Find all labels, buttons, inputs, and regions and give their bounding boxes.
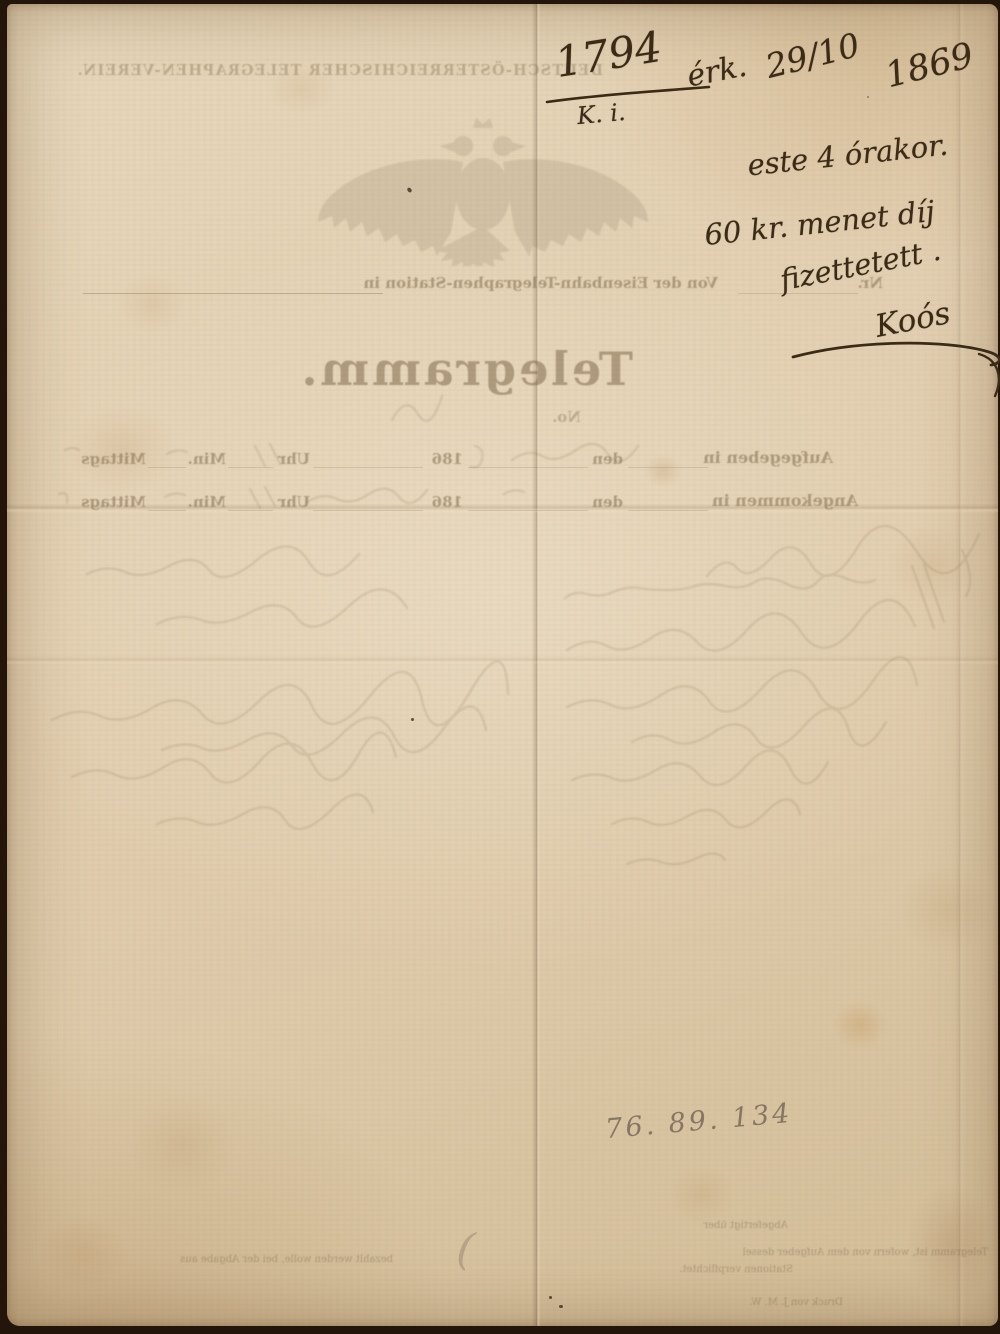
- ink-strokes: [7, 4, 1000, 1326]
- photo-background: DEUTSCH-ÖSTERREICHISCHER TELEGRAPHEN-VER…: [0, 0, 1000, 1334]
- ink-speck: [411, 718, 414, 721]
- ink-speck: [549, 1296, 552, 1299]
- ink-speck: [867, 96, 869, 98]
- telegram-form-verso: DEUTSCH-ÖSTERREICHISCHER TELEGRAPHEN-VER…: [7, 4, 998, 1326]
- ink-speck: [559, 1305, 563, 1308]
